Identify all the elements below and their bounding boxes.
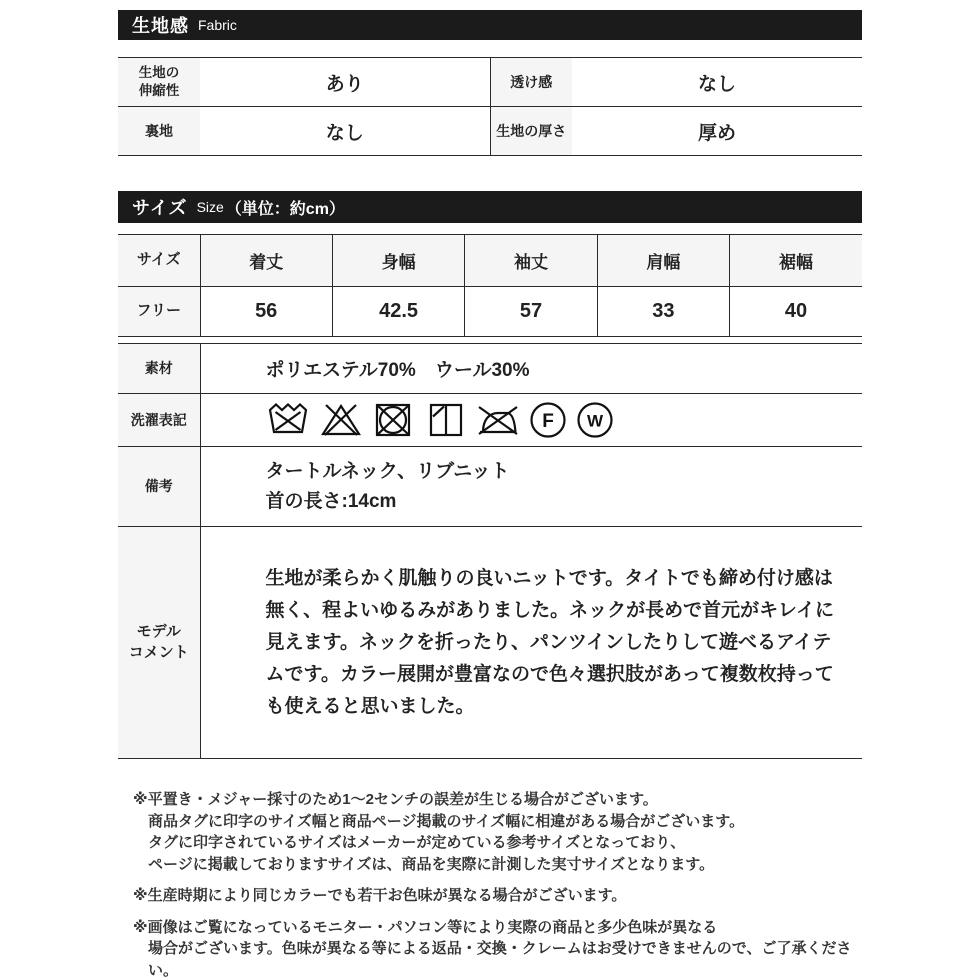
product-spec-page: 生地感 Fabric 生地の 伸縮性 あり 透け感 なし 裏地 なし 生地の厚さ…	[118, 10, 862, 980]
size-table-data-row: フリー 56 42.5 57 33 40	[118, 287, 862, 337]
footnote-color-lot: ※生産時期により同じカラーでも若干お色味が異なる場合がございます。	[133, 885, 862, 907]
remarks-value: タートルネック、リブニット 首の長さ:14cm	[200, 447, 862, 527]
fabric-label-sheerness: 透け感	[490, 58, 572, 107]
size-value-length: 56	[200, 287, 332, 337]
size-section-title: サイズ	[132, 194, 188, 220]
do-not-wash-icon	[266, 401, 310, 439]
fabric-label-thickness: 生地の厚さ	[490, 107, 572, 156]
size-value-shoulder: 33	[597, 287, 729, 337]
material-label: 素材	[118, 344, 200, 394]
size-value-sleeve: 57	[465, 287, 597, 337]
material-value: ポリエステル70% ウール30%	[200, 344, 862, 394]
footnote-measurement: ※平置き・メジャー採寸のため1〜2センチの誤差が生じる場合がございます。 商品タ…	[133, 789, 862, 875]
size-col-shoulder: 肩幅	[597, 235, 729, 287]
fabric-value-thickness: 厚め	[572, 107, 862, 156]
fabric-label-stretch: 生地の 伸縮性	[118, 58, 200, 107]
fabric-value-sheerness: なし	[572, 58, 862, 107]
laundry-symbols-cell: F W	[200, 394, 862, 447]
size-col-sleeve: 袖丈	[465, 235, 597, 287]
size-col-hem: 裾幅	[730, 235, 862, 287]
fabric-value-lining: なし	[200, 107, 490, 156]
material-row: 素材 ポリエステル70% ウール30%	[118, 344, 862, 394]
footnotes: ※平置き・メジャー採寸のため1〜2センチの誤差が生じる場合がございます。 商品タ…	[118, 789, 862, 980]
remarks-label: 備考	[118, 447, 200, 527]
size-value-width: 42.5	[332, 287, 464, 337]
fabric-section-subtitle: Fabric	[198, 17, 237, 33]
size-section-header: サイズ Size （単位：約cm）	[118, 191, 862, 223]
size-table-header-row: サイズ 着丈 身幅 袖丈 肩幅 裾幅	[118, 235, 862, 287]
laundry-row: 洗濯表記	[118, 394, 862, 447]
size-col-width: 身幅	[332, 235, 464, 287]
wet-clean-W-icon: W	[576, 401, 614, 439]
laundry-icons: F W	[266, 401, 847, 439]
size-section-subtitle: Size	[197, 199, 224, 215]
footnote-monitor-color: ※画像はご覧になっているモニター・パソコン等により実際の商品と多少色味が異なる …	[133, 917, 862, 980]
fabric-value-stretch: あり	[200, 58, 490, 107]
size-value-hem: 40	[730, 287, 862, 337]
fabric-table: 生地の 伸縮性 あり 透け感 なし 裏地 なし 生地の厚さ 厚め	[118, 57, 862, 156]
size-col-size: サイズ	[118, 235, 200, 287]
fabric-section-title: 生地感	[132, 12, 189, 38]
detail-table: 素材 ポリエステル70% ウール30% 洗濯表記	[118, 343, 862, 759]
do-not-tumble-dry-icon	[372, 401, 416, 439]
size-table: サイズ 着丈 身幅 袖丈 肩幅 裾幅 フリー 56 42.5 57 33 40	[118, 234, 862, 337]
model-comment-label: モデル コメント	[118, 527, 200, 759]
fabric-row: 生地の 伸縮性 あり 透け感 なし	[118, 58, 862, 107]
fabric-label-lining: 裏地	[118, 107, 200, 156]
size-row-label: フリー	[118, 287, 200, 337]
dry-clean-F-icon: F	[529, 401, 567, 439]
laundry-label: 洗濯表記	[118, 394, 200, 447]
size-col-length: 着丈	[200, 235, 332, 287]
size-section-unit: （単位：約cm）	[226, 196, 345, 219]
fabric-section-header: 生地感 Fabric	[118, 10, 862, 40]
fabric-row: 裏地 なし 生地の厚さ 厚め	[118, 107, 862, 156]
svg-text:W: W	[586, 412, 603, 431]
remarks-row: 備考 タートルネック、リブニット 首の長さ:14cm	[118, 447, 862, 527]
do-not-iron-icon	[476, 401, 520, 439]
model-comment-text: 生地が柔らかく肌触りの良いニットです。タイトでも締め付け感は無く、程よいゆるみが…	[200, 527, 862, 759]
hang-dry-in-shade-icon	[425, 401, 467, 439]
model-comment-row: モデル コメント 生地が柔らかく肌触りの良いニットです。タイトでも締め付け感は無…	[118, 527, 862, 759]
do-not-bleach-icon	[319, 401, 363, 439]
svg-text:F: F	[542, 411, 554, 432]
